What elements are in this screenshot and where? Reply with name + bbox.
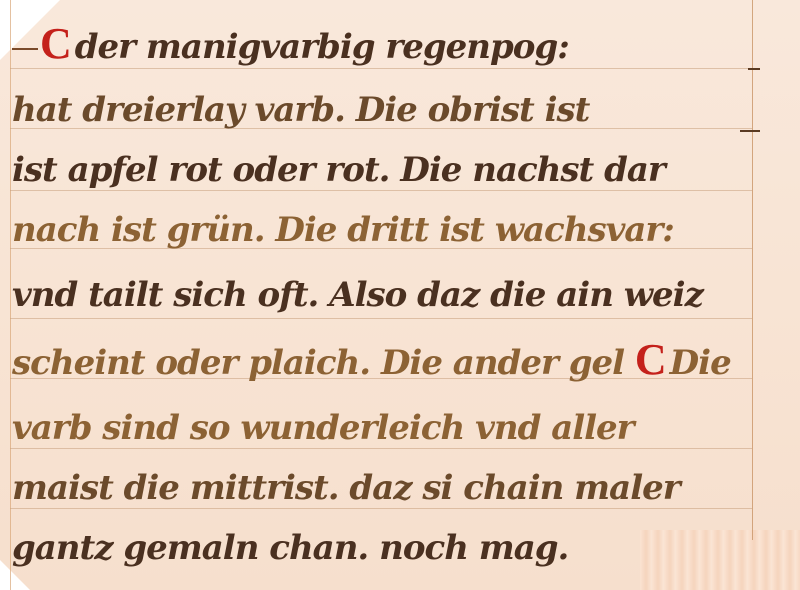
ruled-line (10, 68, 752, 69)
text-line-3: ist apfel rot oder rot. Die nachst dar (12, 150, 665, 190)
text-line-9: gantz gemaln chan. noch mag. (12, 528, 568, 568)
text-line-8: maist die mittrist. daz si chain maler (12, 468, 680, 508)
margin-ruling-right (752, 0, 753, 540)
text-line-7: varb sind so wunderleich vnd aller (12, 408, 634, 448)
ruled-line (10, 190, 752, 191)
ruled-line (10, 448, 752, 449)
text-line-1: Cder manigvarbig regenpog: (12, 24, 569, 67)
ruled-line (10, 318, 752, 319)
line-dash (12, 48, 38, 50)
ruled-line (10, 508, 752, 509)
text-line-5: vnd tailt sich oft. Also daz die ain wei… (12, 275, 703, 315)
manuscript-page: Cder manigvarbig regenpog: hat dreierlay… (0, 0, 800, 590)
margin-tick (748, 68, 760, 70)
text-line-4: nach ist grün. Die dritt ist wachsvar: (12, 210, 674, 250)
rubric-initial: C (635, 335, 666, 384)
rubric-initial: C (40, 19, 71, 68)
margin-tick (740, 130, 760, 132)
page-edge-torn (640, 530, 800, 590)
margin-ruling-left (10, 0, 11, 590)
text-line-2: hat dreierlay varb. Die obrist ist (12, 90, 589, 130)
text-line-6: scheint oder plaich. Die ander gel CDie (12, 340, 731, 383)
